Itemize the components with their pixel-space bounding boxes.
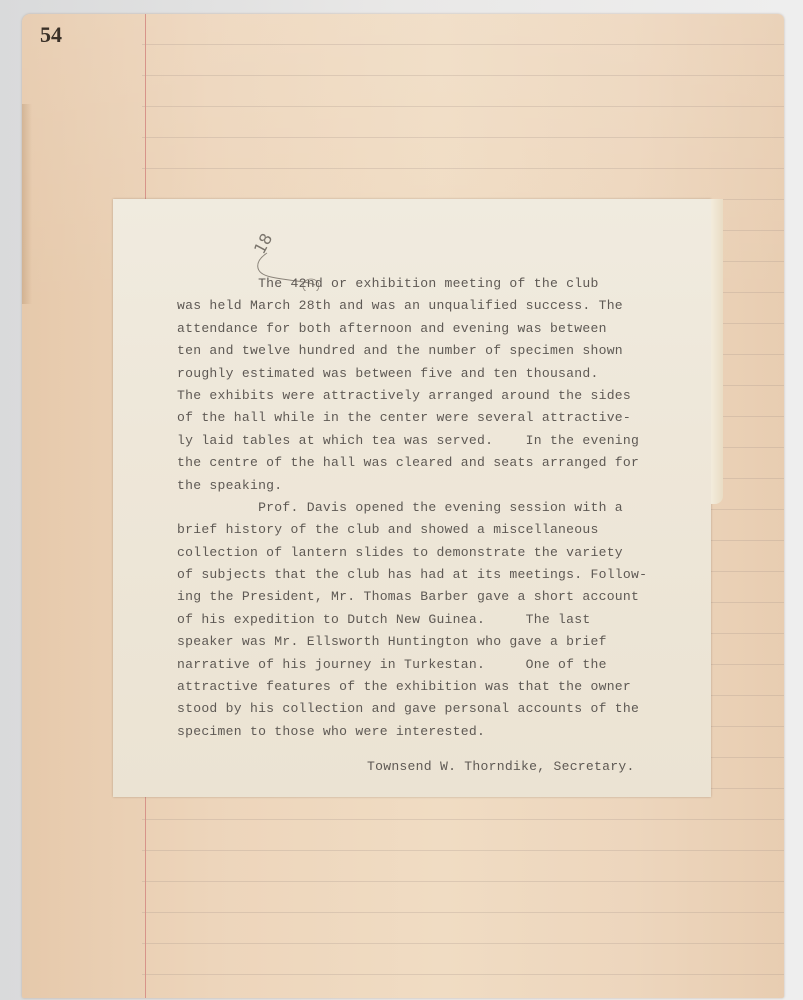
ledger-page: 54 18 The 42nd or exhibition meeting of … (22, 14, 784, 998)
ruled-line (142, 168, 784, 169)
typed-line: narrative of his journey in Turkestan. O… (177, 654, 717, 676)
ruled-line (142, 943, 784, 944)
ruled-line (142, 912, 784, 913)
page-number: 54 (40, 22, 62, 48)
ruled-line (142, 44, 784, 45)
typed-line: of subjects that the club has had at its… (177, 564, 717, 586)
typed-line: attractive features of the exhibition wa… (177, 676, 717, 698)
typed-line: stood by his collection and gave persona… (177, 698, 717, 720)
typed-line: was held March 28th and was an unqualifi… (177, 295, 717, 317)
typed-line: attendance for both afternoon and evenin… (177, 318, 717, 340)
typed-line: of his expedition to Dutch New Guinea. T… (177, 609, 717, 631)
typed-line: ly laid tables at which tea was served. … (177, 430, 717, 452)
typed-line: brief history of the club and showed a m… (177, 519, 717, 541)
typed-line: collection of lantern slides to demonstr… (177, 542, 717, 564)
typed-line: The exhibits were attractively arranged … (177, 385, 717, 407)
typed-line: the speaking. (177, 475, 717, 497)
typed-line: The 42nd or exhibition meeting of the cl… (177, 273, 717, 295)
typed-line: Prof. Davis opened the evening session w… (177, 497, 717, 519)
ruled-line (142, 974, 784, 975)
torn-edge (22, 104, 32, 304)
typed-line: specimen to those who were interested. (177, 721, 717, 743)
ruled-line (142, 137, 784, 138)
ruled-line (142, 106, 784, 107)
typed-line: speaker was Mr. Ellsworth Huntington who… (177, 631, 717, 653)
typed-line: ten and twelve hundred and the number of… (177, 340, 717, 362)
typed-body: The 42nd or exhibition meeting of the cl… (177, 273, 717, 743)
typed-line: ing the President, Mr. Thomas Barber gav… (177, 586, 717, 608)
typed-line: the centre of the hall was cleared and s… (177, 452, 717, 474)
ruled-line (142, 75, 784, 76)
typed-line: of the hall while in the center were sev… (177, 407, 717, 429)
typed-line: roughly estimated was between five and t… (177, 363, 717, 385)
ruled-line (142, 881, 784, 882)
pasted-typed-sheet: 18 The 42nd or exhibition meeting of the… (113, 199, 711, 797)
ruled-line (142, 819, 784, 820)
signature: Townsend W. Thorndike, Secretary. (367, 759, 635, 774)
ruled-line (142, 850, 784, 851)
